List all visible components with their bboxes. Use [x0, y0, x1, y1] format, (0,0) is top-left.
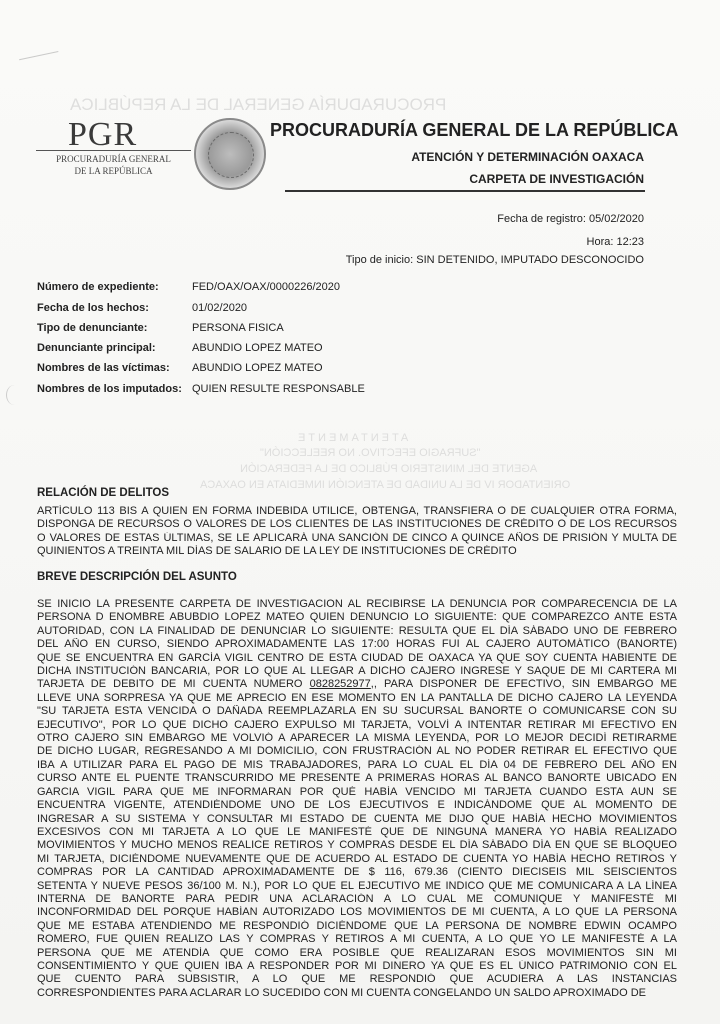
text-line: MI TARJETA, DICIÉNDOME NUEVAMENTE QUE DE… [37, 853, 677, 866]
text-line: DICHA INSTITUCIÓN BANCARIA, POR LO QUE A… [37, 665, 677, 678]
text-line: SETENTA Y NUEVE PESOS 36/100 M. N.), POR… [37, 880, 677, 893]
field-value-imputados: QUIEN RESULTE RESPONSABLE [192, 383, 365, 395]
seal-ring [208, 132, 254, 178]
bleed-through-atentamente: ATENTAMENTE [295, 432, 408, 444]
text-line: PERSONA D ENOMBRE ABUBDIO LOPEZ MATEO QU… [37, 611, 677, 624]
text-line: QUE ME ESTABA ATENDIENDO ME RESPONDIÓ DI… [37, 920, 677, 933]
delitos-text: ARTÍCULO 113 BIS A QUIEN EN FORMA INDEBI… [37, 505, 677, 559]
text-line: COMPRAS POR LA CANTIDAD APROXIMADAMENTE … [37, 866, 677, 879]
text-line: EXCESIVOS CON MI TARJETA A LO QUE LE MAN… [37, 826, 677, 839]
text-line: LLEVE UNA SORPRESA YA QUE ME APRECIO EN … [37, 692, 677, 705]
text-line: PERSONA QUE ME ATENDÍA QUE COMO ERA POSI… [37, 947, 677, 960]
bleed-through-orientador: ORIENTADOR IV DE LA UNIDAD DE ATENCIÓN I… [200, 479, 570, 491]
logo-subtitle: PROCURADURÍA GENERAL DE LA REPÚBLICA [36, 153, 191, 177]
text-line: SE INICIO LA PRESENTE CARPETA DE INVESTI… [37, 598, 677, 611]
text-line: AUTORIDAD, CON LA FINALIDAD DE DENUNCIAR… [37, 625, 677, 638]
pgr-logo: PGR [68, 116, 137, 154]
section-heading-delitos: RELACIÓN DE DELITOS [37, 487, 169, 499]
text-line: ARTÍCULO 113 BIS A QUIEN EN FORMA INDEBI… [37, 505, 677, 518]
field-value-fecha-hechos: 01/02/2020 [192, 302, 247, 314]
document-page: PROCURADURÍA GENERAL DE LA REPÚBLICA ATE… [0, 0, 720, 1024]
logo-subtitle-line2: DE LA REPÚBLICA [36, 165, 191, 177]
start-type: Tipo de inicio: SIN DETENIDO, IMPUTADO D… [346, 254, 644, 266]
header-rule [285, 190, 645, 192]
text-line: "SU TARJETA ESTA VENCIDA O DAÑADA REEMPL… [37, 705, 677, 718]
bleed-through-header: PROCURADURÍA GENERAL DE LA REPÚBLICA [70, 95, 446, 115]
text-line: INGRESAR A SU SISTEMA Y CONSULTAR MI EST… [37, 813, 677, 826]
text-line: CURSO ANTE EL PUENTE TRANSCURRIDO ME PRE… [37, 772, 677, 785]
descripcion-text: SE INICIO LA PRESENTE CARPETA DE INVESTI… [37, 598, 677, 1000]
field-label-victimas: Nombres de las víctimas: [37, 362, 170, 374]
text-line: QUE SE ENCUENTRA EN GARCÍA VIGIL CENTRO … [37, 652, 677, 665]
text-line: ROMERO, FUE QUIEN REALIZO LAS Y COMPRAS … [37, 933, 677, 946]
text-line: DE DICHO LUGAR, REGRESANDO A MI DOMICILI… [37, 745, 677, 758]
field-label-fecha-hechos: Fecha de los hechos: [37, 302, 149, 314]
document-type: CARPETA DE INVESTIGACIÓN [469, 172, 644, 186]
field-value-victimas: ABUNDIO LOPEZ MATEO [192, 362, 323, 374]
section-heading-descripcion: BREVE DESCRIPCIÓN DEL ASUNTO [37, 571, 237, 583]
text-line: IBA A UTILIZAR PARA EL PAGO DE MIS TRABA… [37, 759, 677, 772]
text-line: DISPONGA DE RECURSOS O VALORES DE LOS CL… [37, 518, 677, 531]
bleed-through-agente: AGENTE DEL MINISTERIO PÚBLICO DE LA FEDE… [240, 463, 537, 475]
text-line: GARCIA VIGIL PARA QUE ME INFORMARAN POR … [37, 786, 677, 799]
text-line: CONSENTIMIENTO Y QUE QUIEN IBA A RESPOND… [37, 960, 677, 973]
department-subtitle: ATENCIÓN Y DETERMINACIÓN OAXACA [411, 150, 644, 164]
field-label-denunciante: Denunciante principal: [37, 342, 156, 354]
logo-subtitle-line1: PROCURADURÍA GENERAL [36, 153, 191, 165]
field-label-tipo-denunciante: Tipo de denunciante: [37, 322, 147, 334]
punch-hole-mark [6, 385, 23, 405]
text-line: ENCUENTRA VIGENTE, ATENDIÉNDOME UNO DE L… [37, 799, 677, 812]
text-line: QUE CUENTO PARA SUBSISTIR, A LO QUE ME R… [37, 973, 677, 986]
text-line: INTERNA DE BANORTE PARA PEDIR UNA ACLARA… [37, 893, 677, 906]
account-number: 0828252977 [310, 678, 371, 690]
pen-mark [19, 51, 61, 72]
field-value-denunciante: ABUNDIO LOPEZ MATEO [192, 342, 323, 354]
mexican-seal-icon [194, 118, 266, 190]
text-line: EJECUTIVO", POR LO QUE DICHO CAJERO EXPU… [37, 719, 677, 732]
text-line: INCONFORMIDAD DEL PORQUE HABÍAN AUTORIZA… [37, 906, 677, 919]
registration-time: Hora: 12:23 [587, 236, 644, 248]
field-label-imputados: Nombres de los imputados: [37, 383, 182, 395]
text-line: OTRO CAJERO SIN EMBARGO ME VOLVIÓ A APAR… [37, 732, 677, 745]
text-line: CORRESPONDIENTES PARA ACLARAR LO SUCEDID… [37, 987, 677, 1000]
text-line: TARJETA DE DEBITO DE MI CUENTA NUMERO 08… [37, 678, 677, 691]
registration-date: Fecha de registro: 05/02/2020 [497, 213, 644, 225]
text-line: O VALORES DE ESTAS ÚLTIMAS, SE LE APLICA… [37, 532, 677, 545]
logo-divider [36, 150, 191, 151]
institution-title: PROCURADURÍA GENERAL DE LA REPÚBLICA [270, 120, 678, 141]
field-value-expediente: FED/OAX/OAX/0000226/2020 [192, 281, 340, 293]
text-line: QUINIENTOS A TREINTA MIL DÍAS DE SALARIO… [37, 545, 677, 558]
bleed-through-sufragio: "SUFRAGIO EFECTIVO. NO REELECCIÓN" [260, 447, 481, 459]
text-line: MOVIMIENTOS Y MUCHO MENOS REALICE RETIRO… [37, 839, 677, 852]
field-value-tipo-denunciante: PERSONA FISICA [192, 322, 284, 334]
text-line: DEL AÑO EN CURSO, SIENDO APROXIMADAMENTE… [37, 638, 677, 651]
field-label-expediente: Número de expediente: [37, 281, 159, 293]
